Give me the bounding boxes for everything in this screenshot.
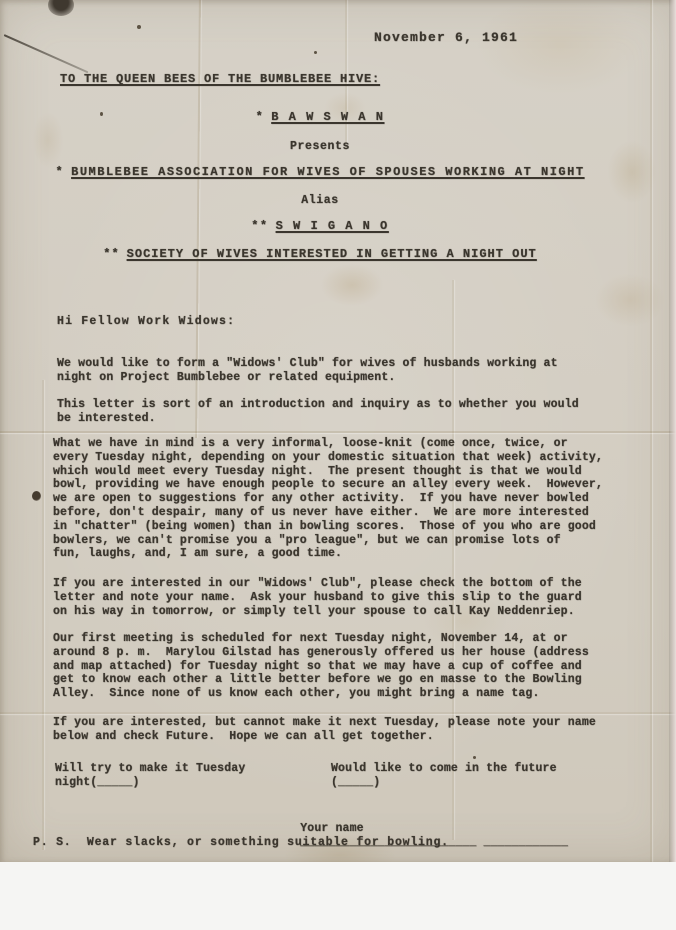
rsvp-options-row: Will try to make it Tuesday night(_____)…	[55, 762, 607, 790]
staple-mark	[48, 0, 74, 16]
presents-line: Presents	[30, 140, 610, 154]
ink-speck	[473, 756, 476, 759]
org-acronym-text: S W I G A N O	[276, 219, 389, 233]
org-fullname-text: BUMBLEBEE ASSOCIATION FOR WIVES OF SPOUS…	[71, 165, 584, 179]
footnote-stars: **	[251, 219, 268, 233]
footnote-star: *	[256, 110, 265, 124]
scanned-letter-page: { "page": { "background": "#f5f5f3", "pa…	[0, 0, 676, 930]
paragraph-future-option: If you are interested, but cannot make i…	[53, 716, 661, 744]
paragraph-first-meeting: Our first meeting is scheduled for next …	[53, 632, 661, 701]
salutation: Hi Fellow Work Widows:	[57, 315, 235, 329]
scanner-background	[0, 862, 676, 930]
paragraph-intro: We would like to form a "Widows' Club" f…	[57, 357, 657, 385]
staple-wire-mark	[4, 34, 89, 73]
date-line: November 6, 1961	[374, 31, 518, 45]
fold-crease	[0, 712, 676, 714]
org-acronym-bawswan: *B A W S W A N	[30, 111, 610, 125]
paper-right-edge	[669, 0, 676, 862]
fold-crease	[42, 380, 44, 850]
society-fullname-line: **SOCIETY OF WIVES INTERESTED IN GETTING…	[30, 248, 610, 262]
letter-paper: November 6, 1961 TO THE QUEEN BEES OF TH…	[0, 0, 676, 863]
footnote-stars: **	[103, 247, 119, 261]
name-label: Your name	[300, 822, 363, 835]
ink-blot	[32, 491, 41, 501]
org-acronym-swigano: **S W I G A N O	[30, 220, 610, 234]
addressee-line: TO THE QUEEN BEES OF THE BUMBLEBEE HIVE:	[60, 73, 380, 87]
ink-speck	[137, 25, 141, 29]
org-acronym-text: B A W S W A N	[271, 110, 384, 124]
alias-line: Alias	[30, 194, 610, 208]
paragraph-inquiry: This letter is sort of an introduction a…	[57, 398, 657, 426]
postscript: P. S. Wear slacks, or something suitable…	[33, 836, 449, 850]
rsvp-option-future: Would like to come in the future (_____)	[331, 762, 607, 790]
paragraph-activity-plan: What we have in mind is a very informal,…	[53, 437, 661, 561]
society-fullname-text: SOCIETY OF WIVES INTERESTED IN GETTING A…	[127, 247, 537, 261]
fold-crease	[0, 431, 676, 433]
rsvp-option-tuesday: Will try to make it Tuesday night(_____)	[55, 762, 331, 790]
paragraph-how-to-respond: If you are interested in our "Widows' Cl…	[53, 577, 661, 618]
footnote-star: *	[55, 165, 64, 179]
ink-speck	[314, 51, 317, 54]
org-fullname-line: *BUMBLEBEE ASSOCIATION FOR WIVES OF SPOU…	[30, 166, 610, 180]
